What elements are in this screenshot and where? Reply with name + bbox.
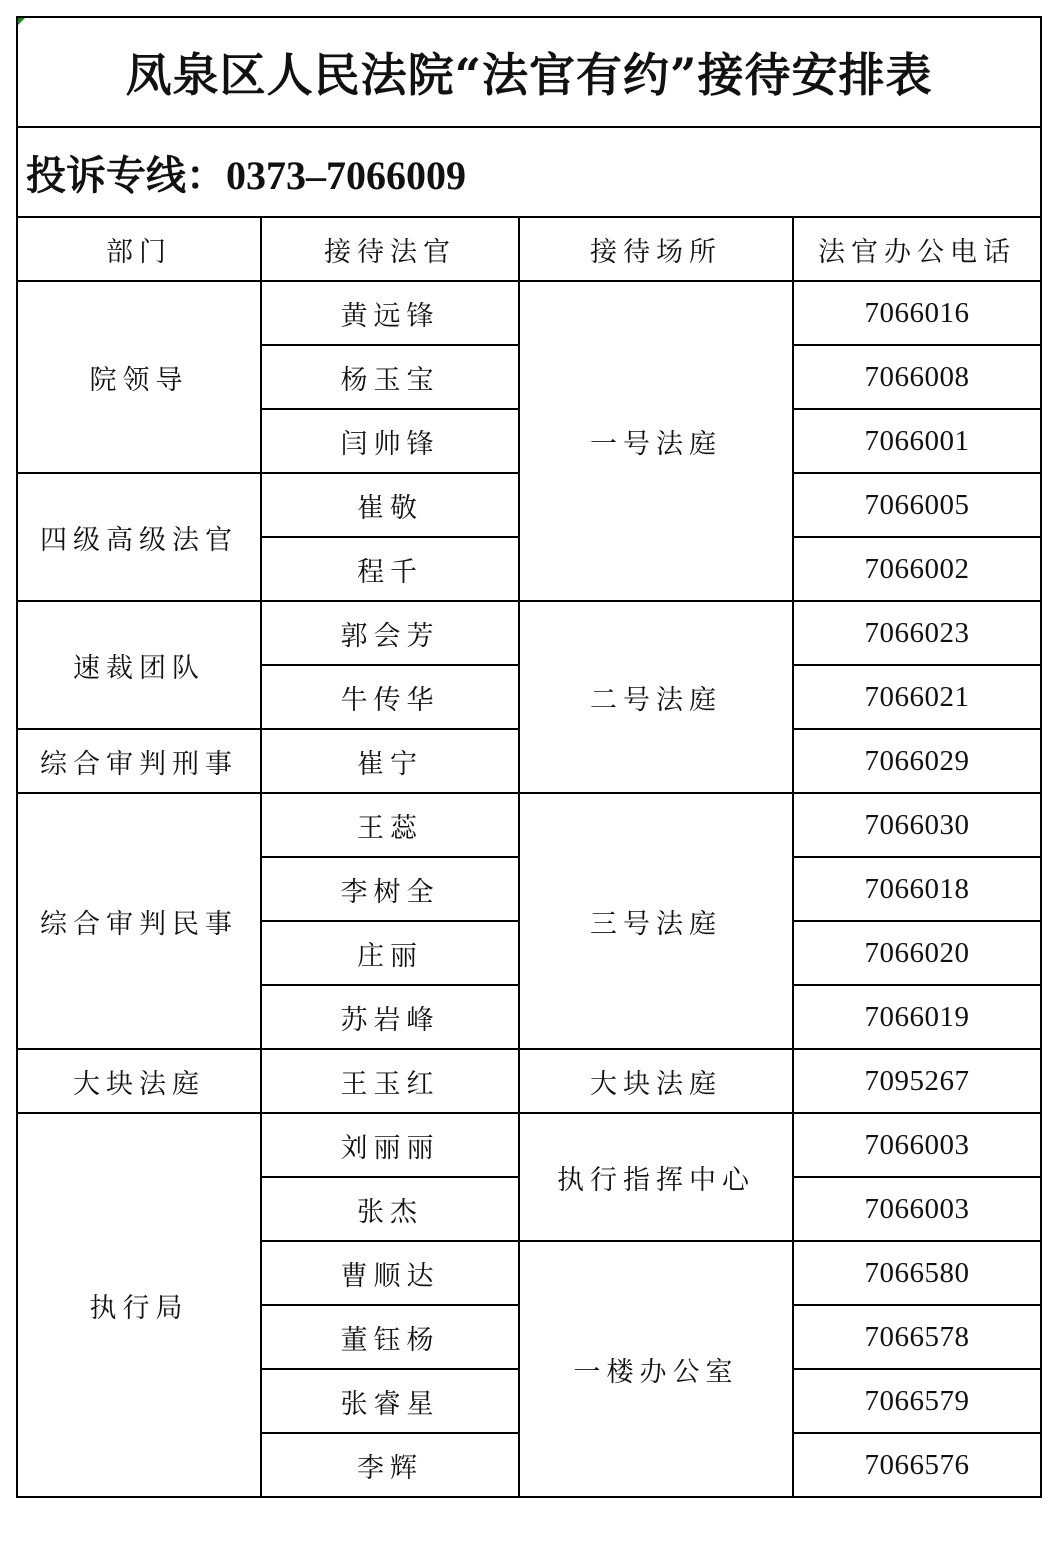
judge-cell: 曹顺达 — [261, 1241, 519, 1305]
column-header-department: 部门 — [17, 217, 261, 281]
judge-cell: 李树全 — [261, 857, 519, 921]
judge-cell: 闫帅锋 — [261, 409, 519, 473]
department-cell: 综合审判刑事 — [17, 729, 261, 793]
phone-cell: 7066003 — [793, 1113, 1041, 1177]
phone-cell: 7066016 — [793, 281, 1041, 345]
judge-cell: 刘丽丽 — [261, 1113, 519, 1177]
judge-cell: 郭会芳 — [261, 601, 519, 665]
judge-cell: 王蕊 — [261, 793, 519, 857]
table-row: 速裁团队 郭会芳 二号法庭 7066023 — [17, 601, 1041, 665]
hotline-cell: 投诉专线：0373–7066009 — [17, 127, 1041, 217]
judge-cell: 黄远锋 — [261, 281, 519, 345]
judge-cell: 王玉红 — [261, 1049, 519, 1113]
table-row: 院领导 黄远锋 一号法庭 7066016 — [17, 281, 1041, 345]
phone-cell: 7066005 — [793, 473, 1041, 537]
judge-cell: 庄丽 — [261, 921, 519, 985]
department-cell: 执行局 — [17, 1113, 261, 1497]
phone-cell: 7066003 — [793, 1177, 1041, 1241]
table-row: 执行局 刘丽丽 执行指挥中心 7066003 — [17, 1113, 1041, 1177]
department-cell: 速裁团队 — [17, 601, 261, 729]
column-header-judge: 接待法官 — [261, 217, 519, 281]
phone-cell: 7066020 — [793, 921, 1041, 985]
department-cell: 四级高级法官 — [17, 473, 261, 601]
title-row: 凤泉区人民法院“法官有约”接待安排表 — [17, 17, 1041, 127]
hotline-number: 0373–7066009 — [226, 153, 466, 198]
judge-cell: 程千 — [261, 537, 519, 601]
venue-cell: 三号法庭 — [519, 793, 793, 1049]
venue-cell: 一楼办公室 — [519, 1241, 793, 1497]
phone-cell: 7066576 — [793, 1433, 1041, 1497]
header-row: 部门 接待法官 接待场所 法官办公电话 — [17, 217, 1041, 281]
page-title: 凤泉区人民法院“法官有约”接待安排表 — [126, 48, 933, 102]
phone-cell: 7066579 — [793, 1369, 1041, 1433]
title-cell: 凤泉区人民法院“法官有约”接待安排表 — [17, 17, 1041, 127]
phone-cell: 7066002 — [793, 537, 1041, 601]
judge-cell: 李辉 — [261, 1433, 519, 1497]
venue-cell: 二号法庭 — [519, 601, 793, 793]
judge-cell: 牛传华 — [261, 665, 519, 729]
phone-cell: 7066030 — [793, 793, 1041, 857]
judge-cell: 董钰杨 — [261, 1305, 519, 1369]
phone-cell: 7066001 — [793, 409, 1041, 473]
column-header-venue: 接待场所 — [519, 217, 793, 281]
phone-cell: 7066018 — [793, 857, 1041, 921]
hotline-label: 投诉专线： — [26, 153, 226, 198]
judge-cell: 崔宁 — [261, 729, 519, 793]
department-cell: 大块法庭 — [17, 1049, 261, 1113]
phone-cell: 7066580 — [793, 1241, 1041, 1305]
venue-cell: 大块法庭 — [519, 1049, 793, 1113]
venue-cell: 一号法庭 — [519, 281, 793, 601]
phone-cell: 7066019 — [793, 985, 1041, 1049]
judge-cell: 崔敬 — [261, 473, 519, 537]
phone-cell: 7066578 — [793, 1305, 1041, 1369]
judge-cell: 张睿星 — [261, 1369, 519, 1433]
phone-cell: 7095267 — [793, 1049, 1041, 1113]
judge-cell: 苏岩峰 — [261, 985, 519, 1049]
table-row: 综合审判民事 王蕊 三号法庭 7066030 — [17, 793, 1041, 857]
phone-cell: 7066023 — [793, 601, 1041, 665]
column-header-phone: 法官办公电话 — [793, 217, 1041, 281]
phone-cell: 7066029 — [793, 729, 1041, 793]
judge-cell: 张杰 — [261, 1177, 519, 1241]
cell-selection-marker-icon — [18, 18, 25, 25]
department-cell: 院领导 — [17, 281, 261, 473]
department-cell: 综合审判民事 — [17, 793, 261, 1049]
judge-cell: 杨玉宝 — [261, 345, 519, 409]
table-row: 大块法庭 王玉红 大块法庭 7095267 — [17, 1049, 1041, 1113]
reception-schedule-table: 凤泉区人民法院“法官有约”接待安排表 投诉专线：0373–7066009 部门 … — [16, 16, 1042, 1498]
hotline-row: 投诉专线：0373–7066009 — [17, 127, 1041, 217]
venue-cell: 执行指挥中心 — [519, 1113, 793, 1241]
phone-cell: 7066008 — [793, 345, 1041, 409]
phone-cell: 7066021 — [793, 665, 1041, 729]
